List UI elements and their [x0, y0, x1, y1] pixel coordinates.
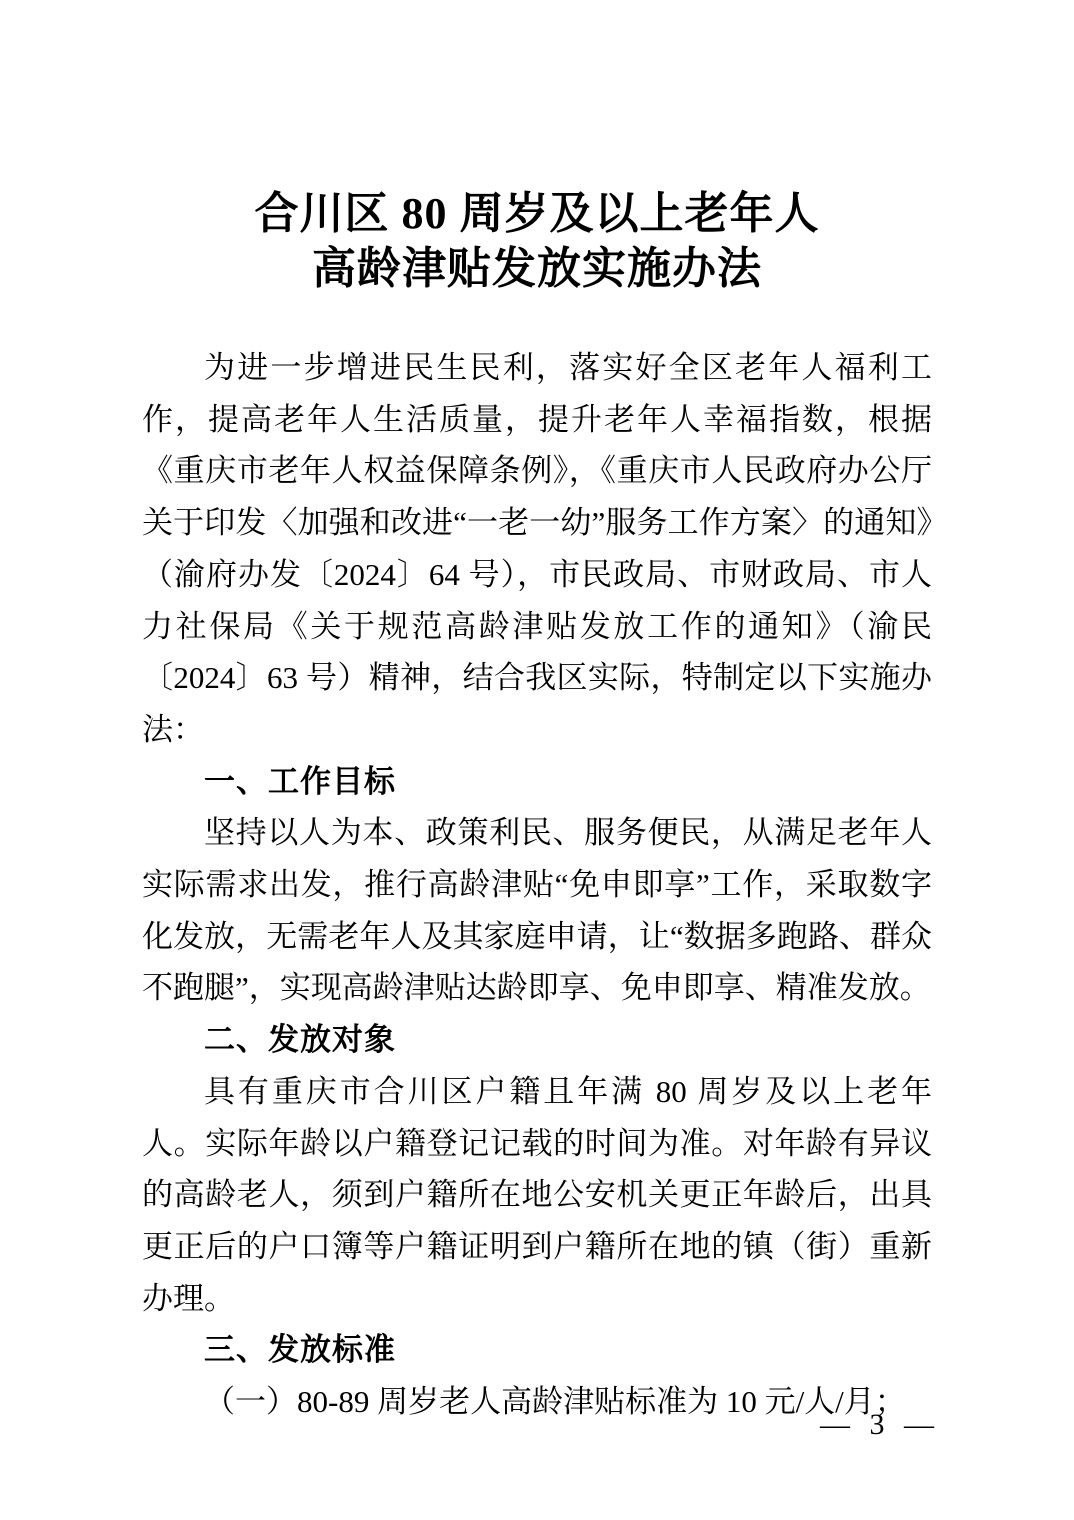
section1-heading: 一、工作目标: [142, 756, 932, 808]
document-title: 合川区 80 周岁及以上老年人 高龄津贴发放实施办法: [142, 186, 932, 296]
section3-heading: 三、发放标准: [142, 1324, 932, 1376]
document-title-line2: 高龄津贴发放实施办法: [142, 241, 932, 296]
section1-paragraph: 坚持以人为本、政策利民、服务便民，从满足老年人实际需求出发，推行高龄津贴“免申即…: [142, 807, 932, 1014]
page-number: — 3 —: [820, 1408, 940, 1442]
intro-paragraph: 为进一步增进民生民利，落实好全区老年人福利工作，提高老年人生活质量，提升老年人幸…: [142, 342, 932, 756]
document-title-line1: 合川区 80 周岁及以上老年人: [142, 186, 932, 241]
document-body: 为进一步增进民生民利，落实好全区老年人福利工作，提高老年人生活质量，提升老年人幸…: [142, 342, 932, 1428]
section2-paragraph: 具有重庆市合川区户籍且年满 80 周岁及以上老年人。实际年龄以户籍登记记载的时间…: [142, 1066, 932, 1325]
section2-heading: 二、发放对象: [142, 1014, 932, 1066]
document-page: 合川区 80 周岁及以上老年人 高龄津贴发放实施办法 为进一步增进民生民利，落实…: [0, 0, 1074, 1520]
document-content: 合川区 80 周岁及以上老年人 高龄津贴发放实施办法 为进一步增进民生民利，落实…: [142, 186, 932, 1428]
section3-item1: （一）80-89 周岁老人高龄津贴标准为 10 元/人/月；: [142, 1376, 932, 1428]
